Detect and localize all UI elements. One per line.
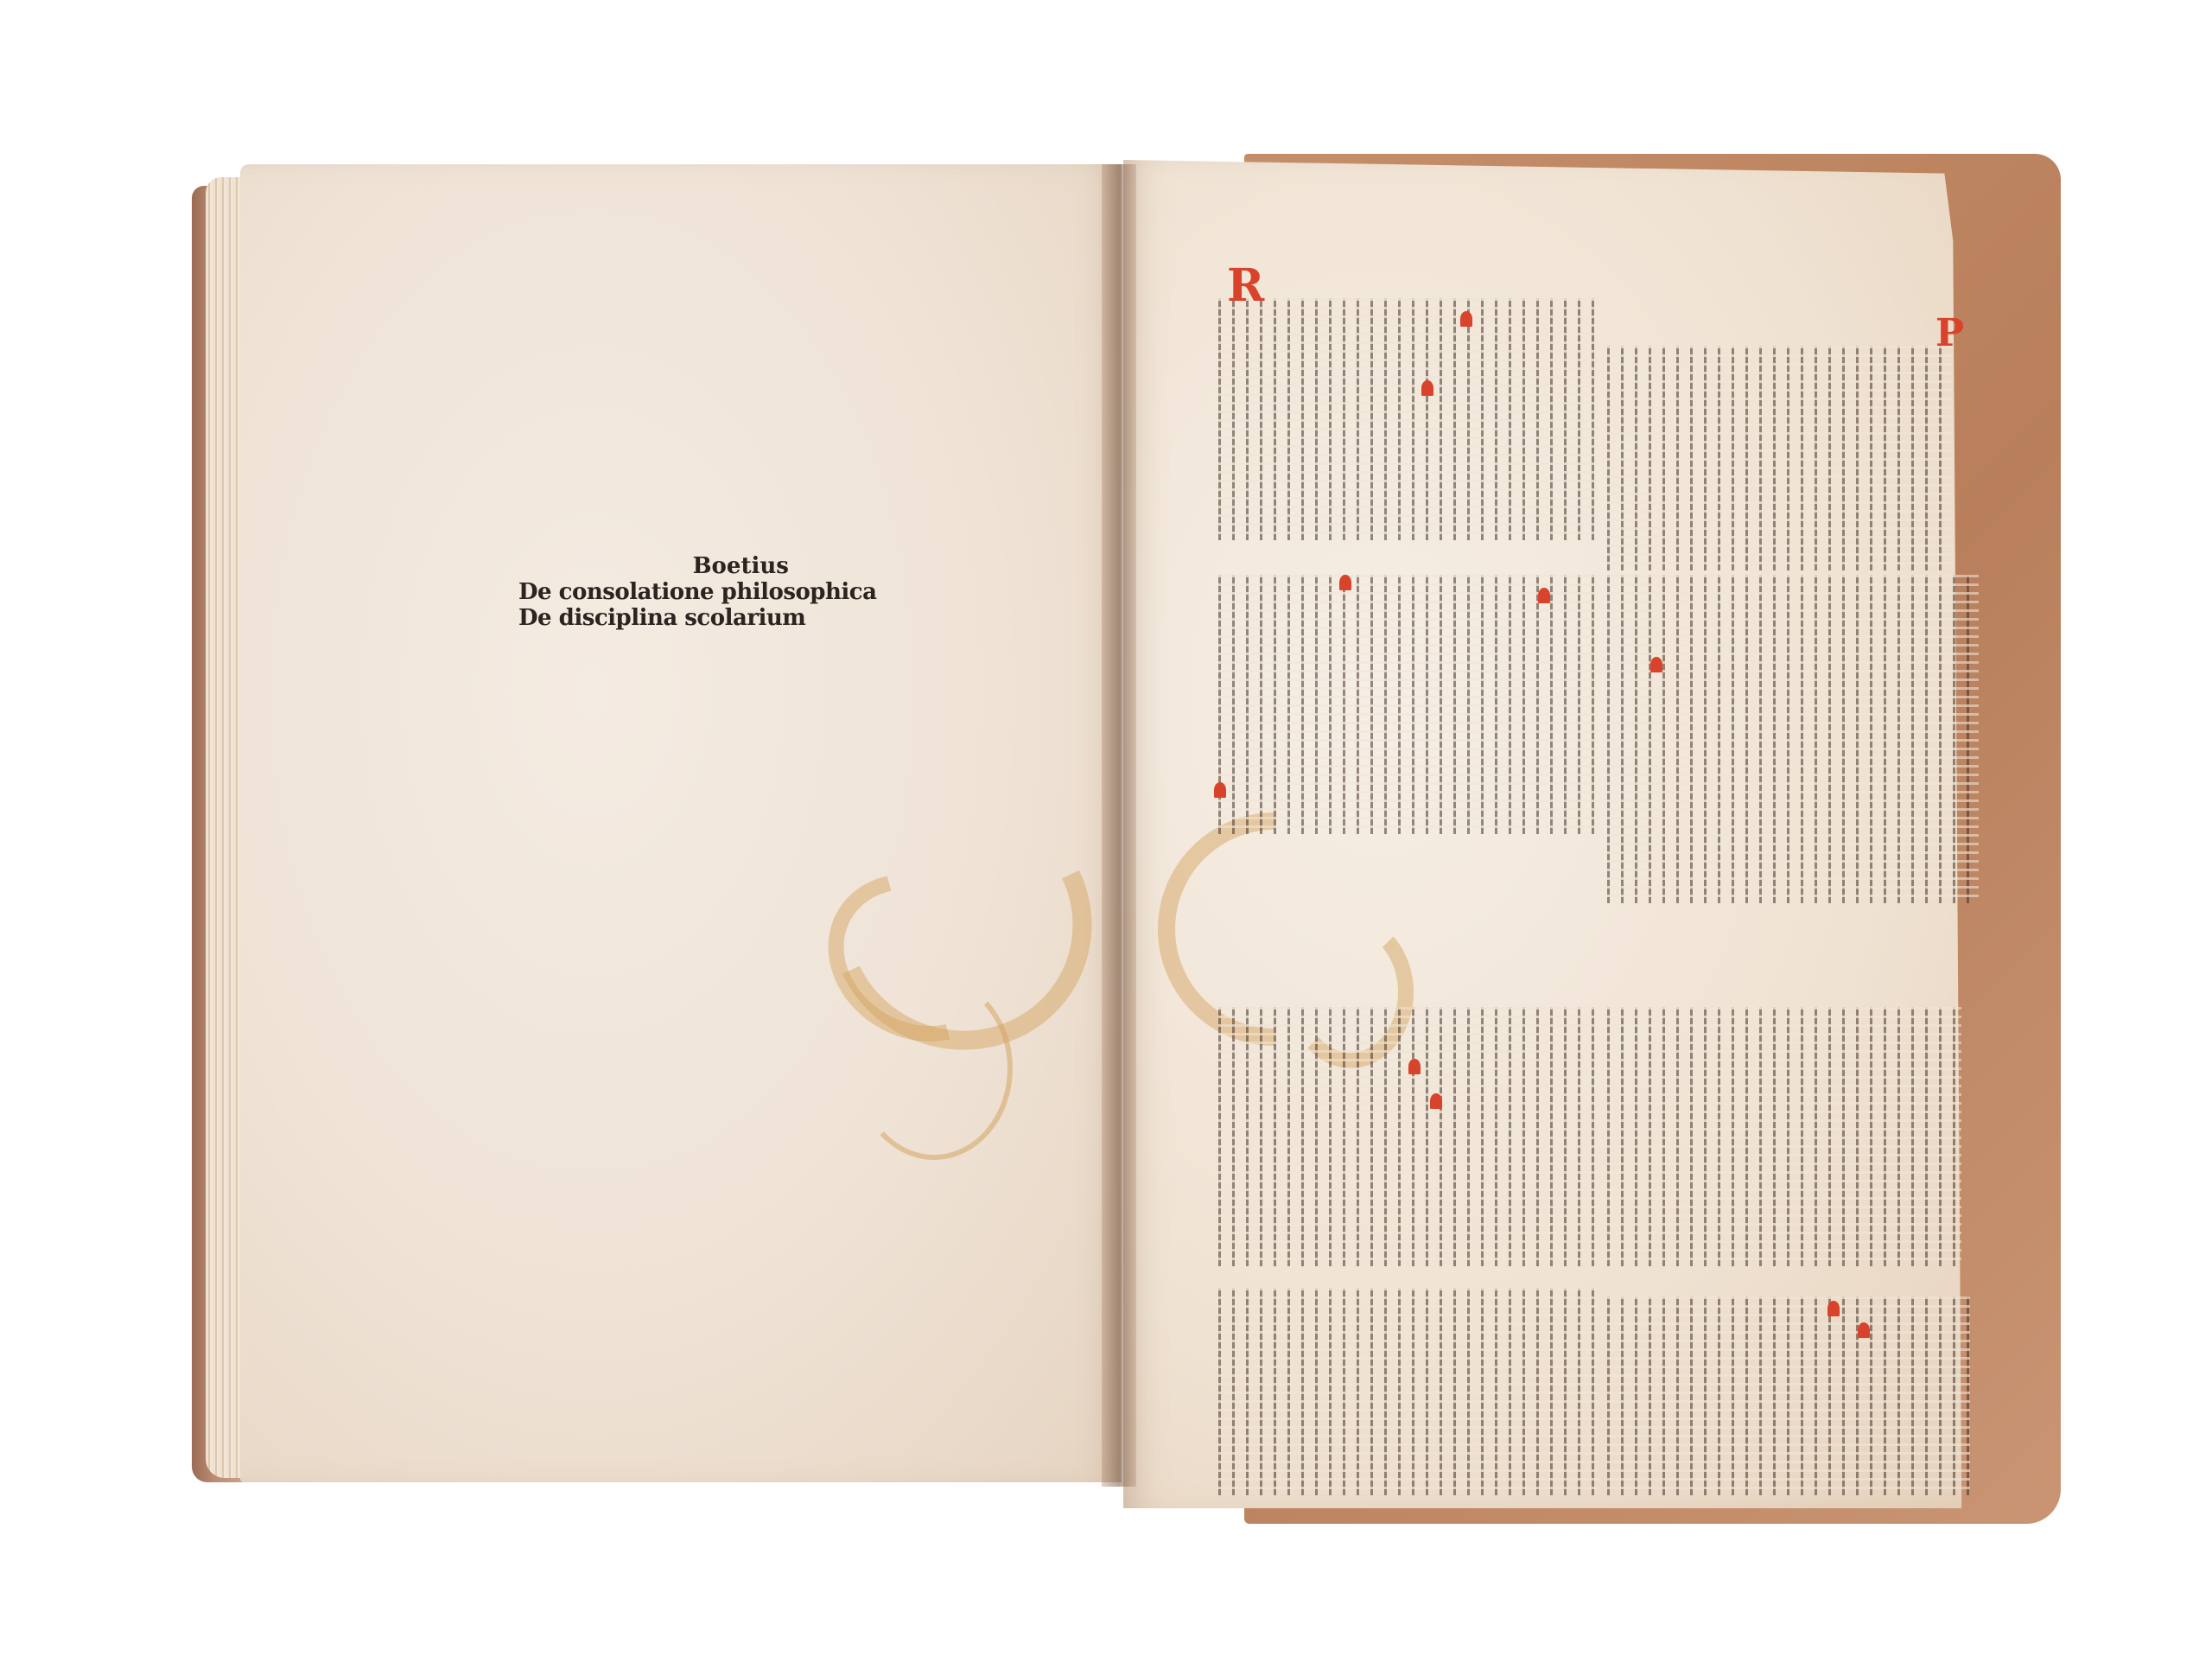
red-initial-p: P: [1935, 311, 1964, 355]
text-column: [1607, 1007, 1961, 1266]
rubric-mark: [1421, 380, 1433, 396]
rubric-mark: [1538, 588, 1550, 603]
text-column: [1607, 1296, 1970, 1495]
rubric-mark: [1858, 1322, 1870, 1338]
rubric-mark: [1827, 1301, 1840, 1316]
title-work-2: De disciplina scolarium: [518, 605, 876, 631]
text-column: [1218, 298, 1599, 540]
text-column: [1218, 1288, 1599, 1495]
rubric-mark: [1460, 311, 1472, 327]
title-block: Boetius De consolatione philosophica De …: [518, 553, 876, 631]
red-initial-r: R: [1227, 259, 1264, 312]
title-work-1: De consolatione philosophica: [518, 579, 876, 605]
book-gutter: [1102, 164, 1136, 1487]
text-column: [1607, 346, 1953, 570]
text-column: [1607, 575, 1979, 903]
text-column: [1218, 1007, 1599, 1266]
rubric-mark: [1430, 1093, 1442, 1109]
ring-stain: [855, 977, 1013, 1160]
rubric-mark: [1650, 657, 1662, 672]
text-column: [1218, 575, 1599, 834]
rubric-mark: [1408, 1059, 1421, 1074]
title-author: Boetius: [605, 553, 876, 579]
rubric-mark: [1214, 782, 1226, 798]
rubric-mark: [1339, 575, 1351, 590]
